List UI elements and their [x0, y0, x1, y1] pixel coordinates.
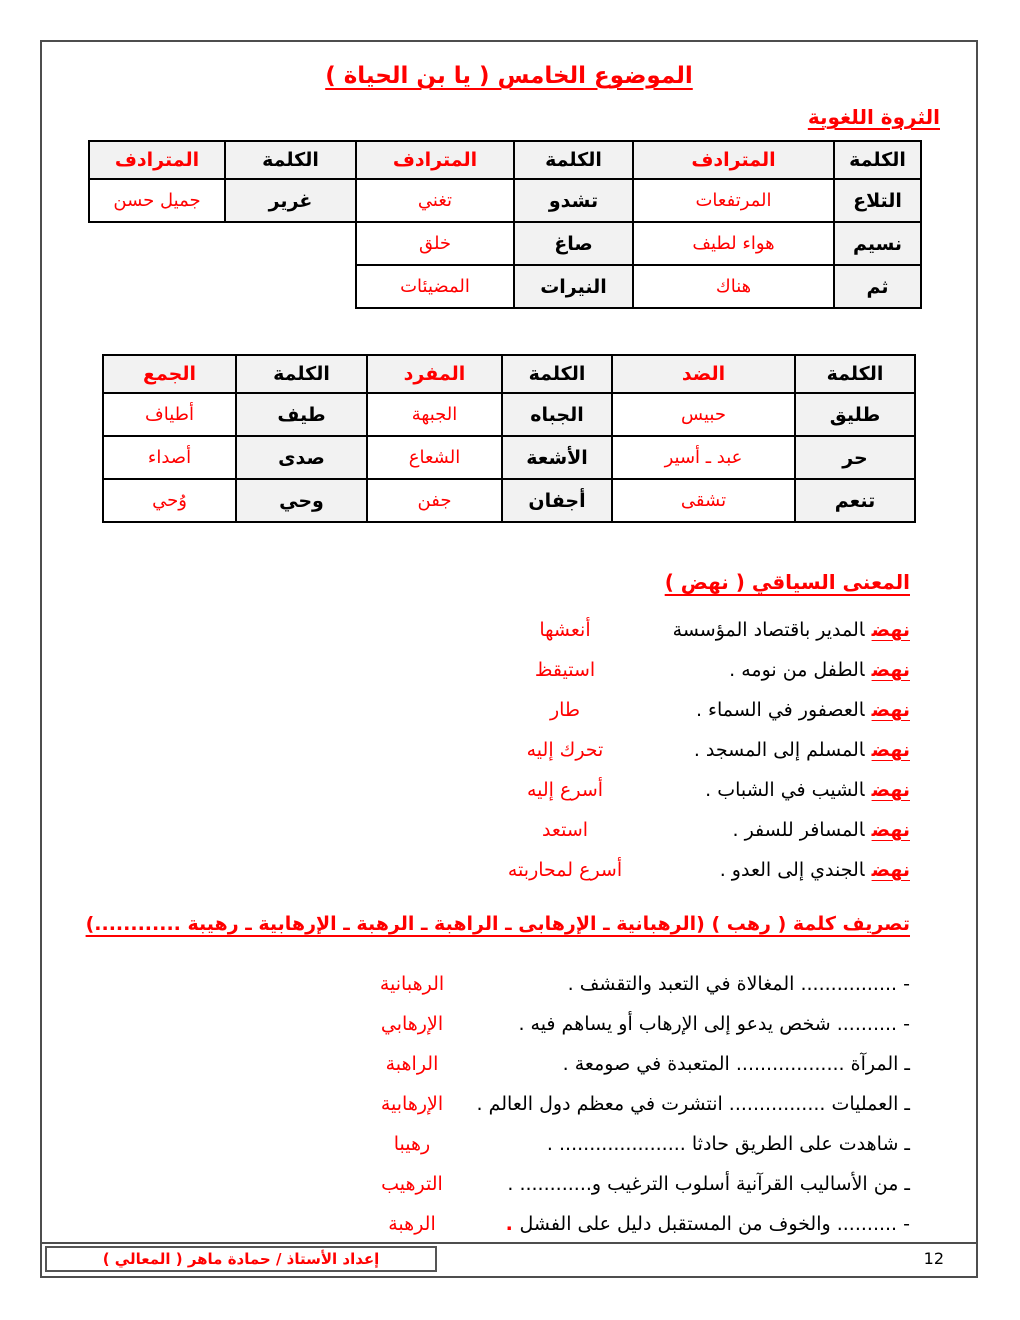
table-row: ثم هناك النيرات المضيئات: [89, 265, 921, 308]
conjugation-answer: رهيبا: [327, 1124, 497, 1164]
contextual-sentence: الجندي إلى العدو .: [720, 859, 865, 881]
table-row: طليق حبيس الجباه الجبهة طيف أطياف: [103, 393, 915, 436]
conjugation-row: ـ من الأساليب القرآنية أسلوب الترغيب و..…: [42, 1164, 976, 1204]
footer-credit: إعداد الأستاذ / حمادة ماهر ( المعالي ): [45, 1246, 437, 1272]
column-header-synonym: المترادف: [356, 141, 514, 179]
conjugation-answer: الراهبة: [327, 1044, 497, 1084]
page-footer: إعداد الأستاذ / حمادة ماهر ( المعالي ) 1…: [42, 1242, 976, 1276]
conjugation-row: ـ العمليات ................ انتشرت في مع…: [42, 1084, 976, 1124]
conjugation-sentence: ـ شاهدت على الطريق حادثا ...............…: [547, 1133, 910, 1155]
plural-cell: أصداء: [103, 436, 236, 479]
word-cell: صدى: [236, 436, 367, 479]
red-period: .: [506, 1213, 520, 1235]
column-header-plural: الجمع: [103, 355, 236, 393]
contextual-answer: استعد: [480, 810, 650, 850]
contextual-row: نهضالجندي إلى العدو . أسرع لمحاربته: [42, 850, 976, 890]
worksheet-page: الموضوع الخامس ( يا بن الحياة ) الثروة ا…: [0, 0, 1020, 1320]
column-header-singular: المفرد: [367, 355, 502, 393]
word-cell: أجفان: [502, 479, 612, 522]
conjugation-row: - .......... والخوف من المستقبل دليل على…: [42, 1204, 976, 1244]
contextual-row: نهضالمسلم إلى المسجد . تحرك إليه: [42, 730, 976, 770]
table-row: تنعم تشقى أجفان جفن وحي وُحي: [103, 479, 915, 522]
conjugation-answer: الرهبة: [327, 1204, 497, 1244]
contextual-row: نهضالمسافر للسفر . استعد: [42, 810, 976, 850]
contextual-row: نهضالمدير باقتصاد المؤسسة أنعشها: [42, 610, 976, 650]
contextual-row: نهضالطفل من نومه . استيقظ: [42, 650, 976, 690]
table-header-row: الكلمة الضد الكلمة المفرد الكلمة الجمع: [103, 355, 915, 393]
conjugation-answer: الترهيب: [327, 1164, 497, 1204]
synonym-cell: جميل حسن: [89, 179, 225, 222]
contextual-answer: أسرع إليه: [480, 770, 650, 810]
contextual-sentence: الطفل من نومه .: [729, 659, 864, 681]
synonym-cell: المرتفعات: [633, 179, 834, 222]
table-row: نسيم هواء لطيف صاغ خلق: [89, 222, 921, 265]
keyword-nahada: نهض: [872, 779, 910, 801]
word-cell: ثم: [834, 265, 921, 308]
antonym-cell: عبد ـ أسير: [612, 436, 795, 479]
column-header-word: الكلمة: [795, 355, 915, 393]
column-header-synonym: المترادف: [89, 141, 225, 179]
column-header-word: الكلمة: [225, 141, 356, 179]
contextual-answer: تحرك إليه: [480, 730, 650, 770]
contextual-sentence: المدير باقتصاد المؤسسة: [673, 619, 865, 641]
synonym-cell: المضيئات: [356, 265, 514, 308]
conjugation-answer: الإرهابي: [327, 1004, 497, 1044]
conjugation-row: - ................ المغالاة في التعبد وا…: [42, 964, 976, 1004]
conjugation-sentence: ـ المرآة .................. المتعبدة في …: [563, 1053, 910, 1075]
word-cell: الجباه: [502, 393, 612, 436]
word-cell: التلاع: [834, 179, 921, 222]
word-cell: تشدو: [514, 179, 633, 222]
contextual-meaning-title: المعنى السياقي ( نهض ): [42, 568, 910, 596]
keyword-nahada: نهض: [872, 699, 910, 721]
singular-cell: الجبهة: [367, 393, 502, 436]
conjugation-sentence: ـ من الأساليب القرآنية أسلوب الترغيب و..…: [507, 1173, 910, 1195]
contextual-sentence: العصفور في السماء .: [696, 699, 865, 721]
table-row: التلاع المرتفعات تشدو تغني غرير جميل حسن: [89, 179, 921, 222]
column-header-word: الكلمة: [502, 355, 612, 393]
word-cell: وحي: [236, 479, 367, 522]
contextual-sentence: الشيب في الشباب .: [705, 779, 864, 801]
column-header-word: الكلمة: [834, 141, 921, 179]
contextual-sentence: المسافر للسفر .: [732, 819, 864, 841]
page-title: الموضوع الخامس ( يا بن الحياة ): [42, 60, 976, 92]
column-header-word: الكلمة: [514, 141, 633, 179]
conjugation-sentence: - .......... والخوف من المستقبل دليل على…: [519, 1213, 910, 1235]
synonyms-table: الكلمة المترادف الكلمة المترادف الكلمة ا…: [88, 140, 922, 309]
contextual-answer: أنعشها: [480, 610, 650, 650]
word-cell: تنعم: [795, 479, 915, 522]
table-row: حر عبد ـ أسير الأشعة الشعاع صدى أصداء: [103, 436, 915, 479]
word-cell: نسيم: [834, 222, 921, 265]
conjugation-sentence: ـ العمليات ................ انتشرت في مع…: [477, 1093, 910, 1115]
conjugation-sentence: - ................ المغالاة في التعبد وا…: [568, 973, 910, 995]
keyword-nahada: نهض: [872, 739, 910, 761]
word-cell: الأشعة: [502, 436, 612, 479]
word-cell: طيف: [236, 393, 367, 436]
column-header-synonym: المترادف: [633, 141, 834, 179]
page-border-frame: الموضوع الخامس ( يا بن الحياة ) الثروة ا…: [40, 40, 978, 1278]
conjugation-answer: الرهبانية: [327, 964, 497, 1004]
conjugation-answer: الإرهابية: [327, 1084, 497, 1124]
conjugation-row: ـ شاهدت على الطريق حادثا ...............…: [42, 1124, 976, 1164]
page-number: 12: [924, 1249, 944, 1268]
antonym-cell: تشقى: [612, 479, 795, 522]
conjugation-row: ـ المرآة .................. المتعبدة في …: [42, 1044, 976, 1084]
contextual-row: نهضالعصفور في السماء . طار: [42, 690, 976, 730]
synonym-cell: هواء لطيف: [633, 222, 834, 265]
synonym-cell: خلق: [356, 222, 514, 265]
contextual-answer: طار: [480, 690, 650, 730]
plural-cell: أطياف: [103, 393, 236, 436]
singular-cell: الشعاع: [367, 436, 502, 479]
section-subtitle-vocabulary: الثروة اللغوية: [42, 104, 940, 130]
keyword-nahada: نهض: [872, 619, 910, 641]
contextual-sentence: المسلم إلى المسجد .: [694, 739, 865, 761]
word-cell: طليق: [795, 393, 915, 436]
antonym-singular-plural-table: الكلمة الضد الكلمة المفرد الكلمة الجمع ط…: [102, 354, 916, 523]
word-cell: النيرات: [514, 265, 633, 308]
column-header-antonym: الضد: [612, 355, 795, 393]
contextual-answer: استيقظ: [480, 650, 650, 690]
synonym-cell: تغني: [356, 179, 514, 222]
conjugation-title: تصريف كلمة ( رهب ) (الرهبانية ـ الإرهابى…: [42, 910, 910, 938]
conjugation-list: - ................ المغالاة في التعبد وا…: [42, 964, 976, 1244]
contextual-row: نهضالشيب في الشباب . أسرع إليه: [42, 770, 976, 810]
conjugation-row: - .......... شخص يدعو إلى الإرهاب أو يسا…: [42, 1004, 976, 1044]
column-header-word: الكلمة: [236, 355, 367, 393]
conjugation-sentence: - .......... شخص يدعو إلى الإرهاب أو يسا…: [518, 1013, 910, 1035]
keyword-nahada: نهض: [872, 659, 910, 681]
plural-cell: وُحي: [103, 479, 236, 522]
singular-cell: جفن: [367, 479, 502, 522]
contextual-meaning-list: نهضالمدير باقتصاد المؤسسة أنعشها نهضالطف…: [42, 610, 976, 890]
keyword-nahada: نهض: [872, 859, 910, 881]
table-header-row: الكلمة المترادف الكلمة المترادف الكلمة ا…: [89, 141, 921, 179]
contextual-answer: أسرع لمحاربته: [480, 850, 650, 890]
synonym-cell: هناك: [633, 265, 834, 308]
word-cell: غرير: [225, 179, 356, 222]
antonym-cell: حبيس: [612, 393, 795, 436]
keyword-nahada: نهض: [872, 819, 910, 841]
word-cell: صاغ: [514, 222, 633, 265]
word-cell: حر: [795, 436, 915, 479]
